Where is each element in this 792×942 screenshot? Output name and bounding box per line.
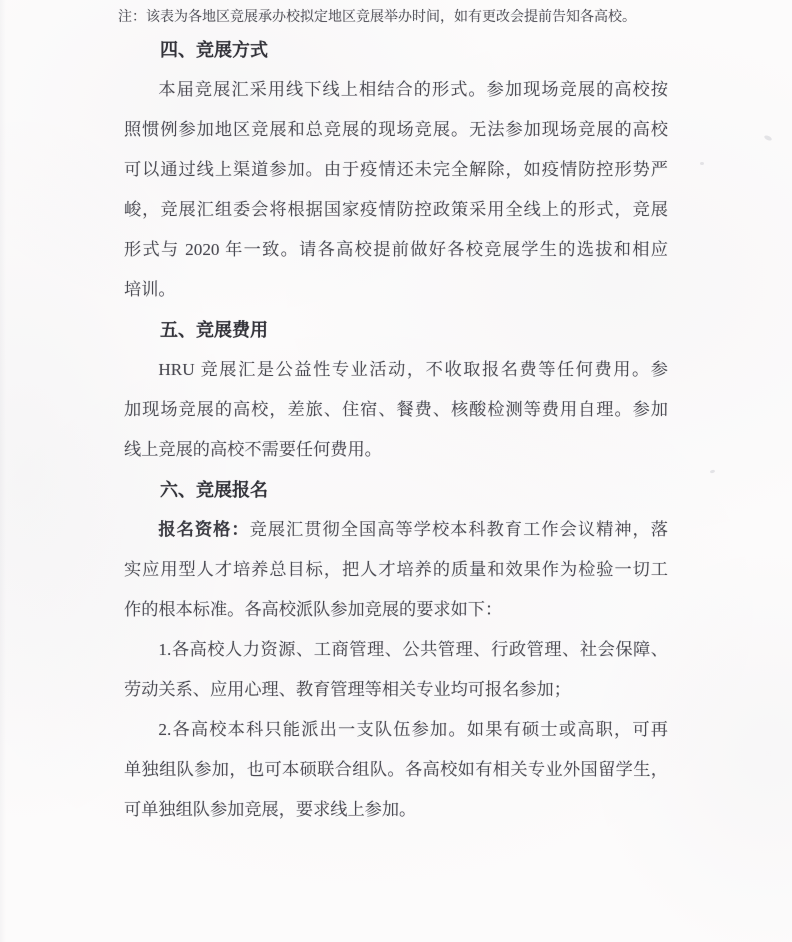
body-text-line: 线上竞展的高校不需要任何费用。 xyxy=(124,430,668,470)
body-text-line: 照惯例参加地区竞展和总竞展的现场竞展。无法参加现场竞展的高校 xyxy=(124,110,668,150)
table-footnote: 注：该表为各地区竞展承办校拟定地区竞展举办时间，如有更改会提前告知各高校。 xyxy=(118,6,668,30)
body-text-line: 形式与 2020 年一致。请各高校提前做好各校竞展学生的选拔和相应 xyxy=(124,230,668,270)
body-text-line: 培训。 xyxy=(124,270,668,310)
body-text-line: HRU 竞展汇是公益性专业活动，不收取报名费等任何费用。参 xyxy=(124,350,668,390)
body-text-line: 本届竞展汇采用线下线上相结合的形式。参加现场竞展的高校按 xyxy=(124,70,668,110)
registration-qualification-label: 报名资格： xyxy=(158,520,249,539)
body-text-line: 实应用型人才培养总目标，把人才培养的质量和效果作为检验一切工 xyxy=(124,550,668,590)
scan-artifact xyxy=(764,134,773,141)
body-text-line: 加现场竞展的高校，差旅、住宿、餐费、核酸检测等费用自理。参加 xyxy=(124,390,668,430)
section-heading-competition-format: 四、竞展方式 xyxy=(124,30,668,70)
body-text-line: 劳动关系、应用心理、教育管理等相关专业均可报名参加； xyxy=(124,670,668,710)
body-text-segment: 竞展汇贯彻全国高等学校本科教育工作会议精神，落 xyxy=(250,520,668,539)
scanned-document-page: 注：该表为各地区竞展承办校拟定地区竞展举办时间，如有更改会提前告知各高校。 四、… xyxy=(0,0,792,942)
body-text-line: 可单独组队参加竞展，要求线上参加。 xyxy=(124,790,668,830)
body-text-line: 作的根本标准。各高校派队参加竞展的要求如下： xyxy=(124,590,668,630)
document-content: 注：该表为各地区竞展承办校拟定地区竞展举办时间，如有更改会提前告知各高校。 四、… xyxy=(124,6,668,830)
section-heading-competition-fees: 五、竞展费用 xyxy=(124,310,668,350)
body-text-line: 报名资格：竞展汇贯彻全国高等学校本科教育工作会议精神，落 xyxy=(124,510,668,550)
body-text-line: 1.各高校人力资源、工商管理、公共管理、行政管理、社会保障、 xyxy=(124,630,668,670)
scan-artifact xyxy=(700,162,704,165)
body-text-line: 可以通过线上渠道参加。由于疫情还未完全解除，如疫情防控形势严 xyxy=(124,150,668,190)
section-heading-competition-registration: 六、竞展报名 xyxy=(124,470,668,510)
body-text-line: 2.各高校本科只能派出一支队伍参加。如果有硕士或高职，可再 xyxy=(124,710,668,750)
body-text-line: 单独组队参加，也可本硕联合组队。各高校如有相关专业外国留学生， xyxy=(124,750,668,790)
body-text-line: 峻，竞展汇组委会将根据国家疫情防控政策采用全线上的形式，竞展 xyxy=(124,190,668,230)
scan-artifact xyxy=(710,469,716,473)
